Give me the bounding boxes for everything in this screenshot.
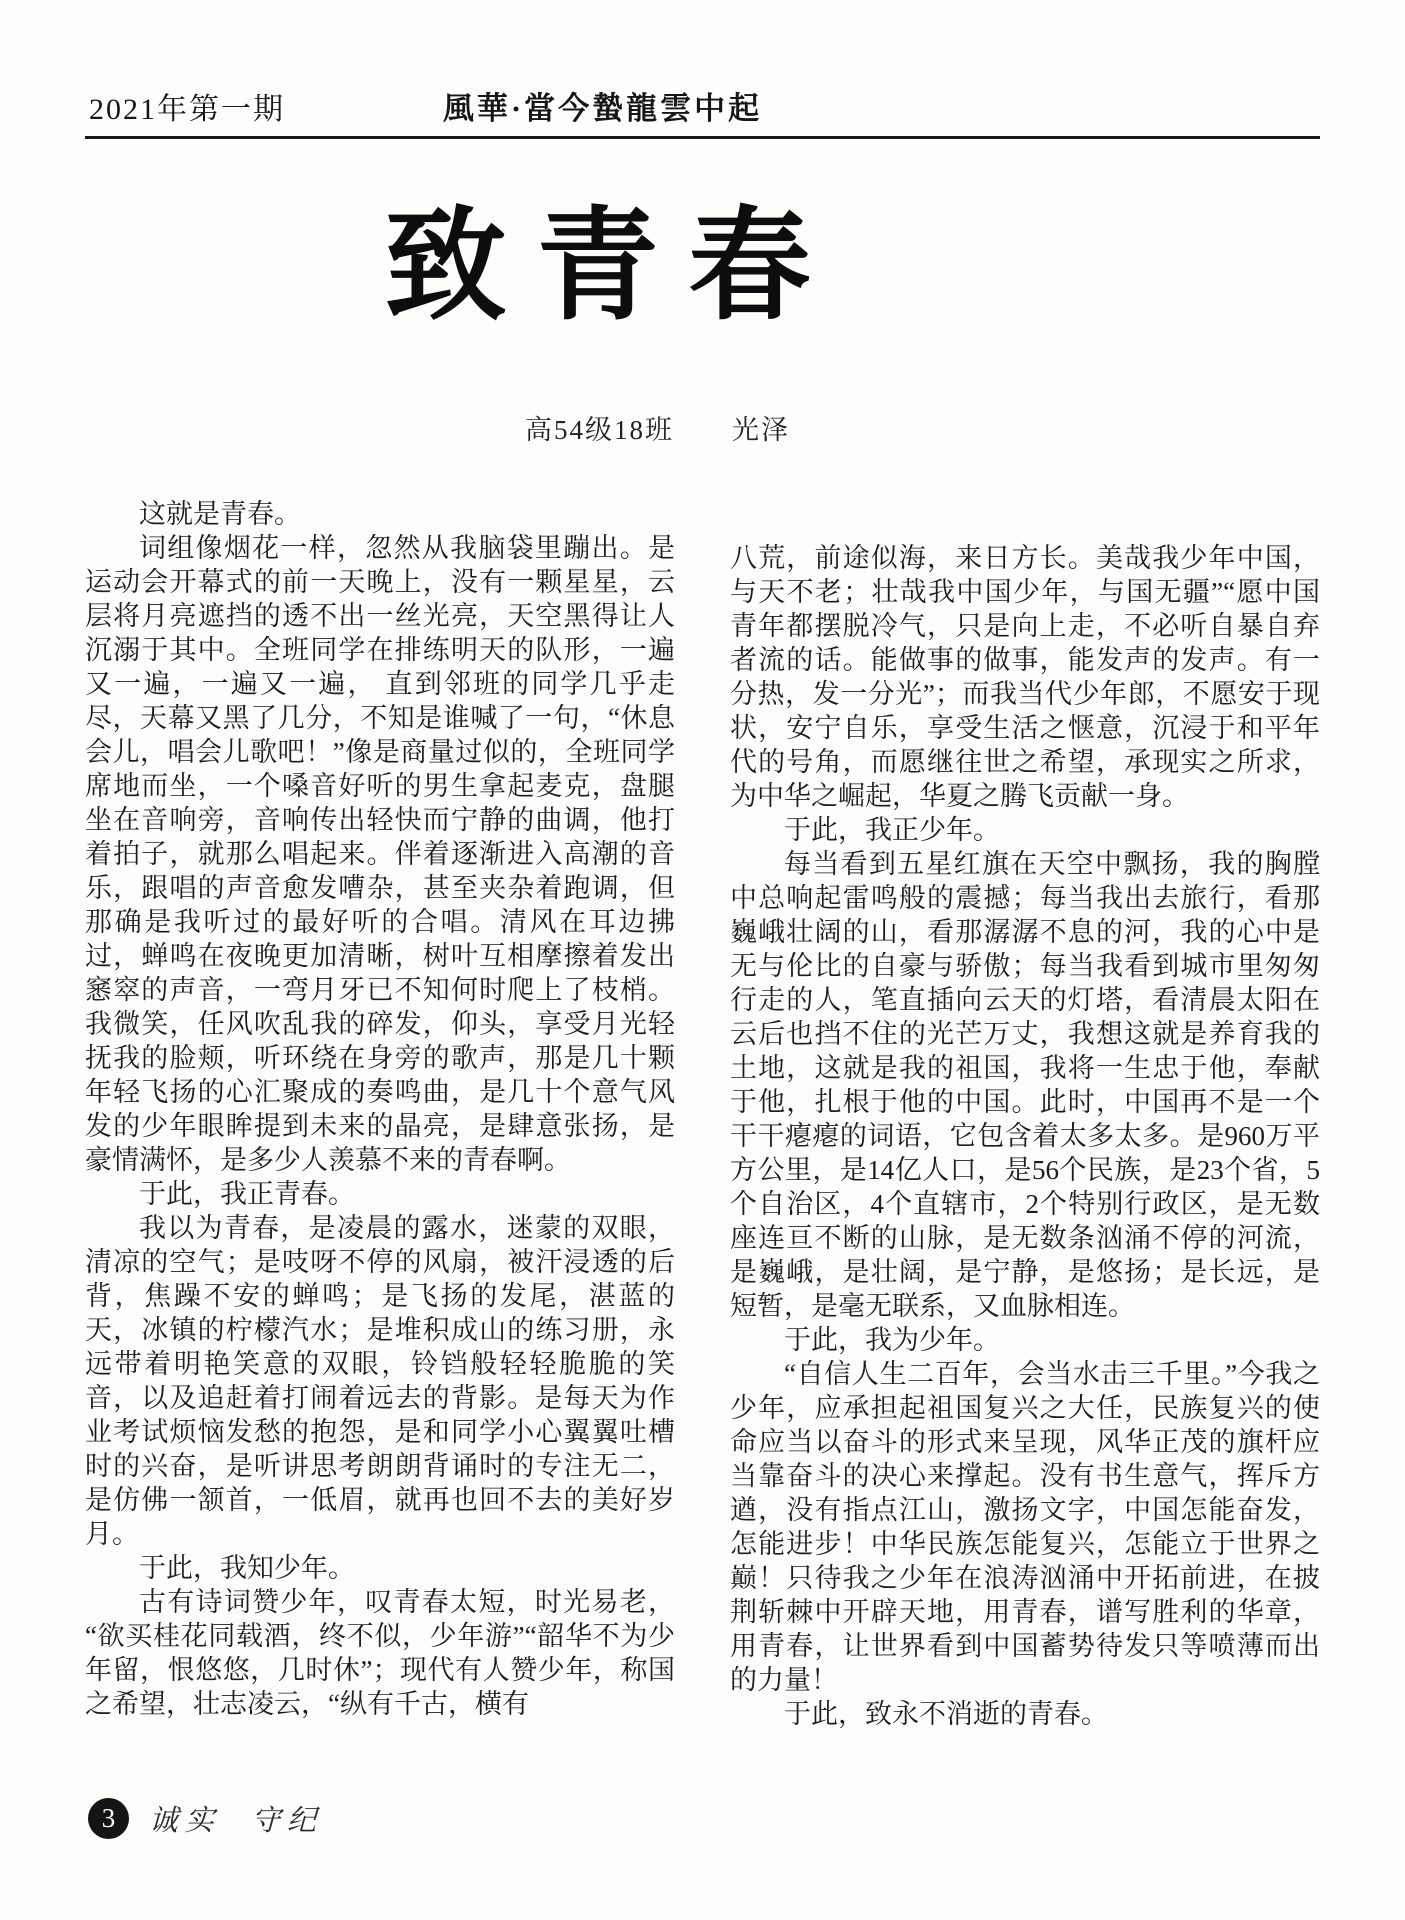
magazine-page: 2021年第一期 風華·當今蟄龍雲中起 致青春 高54级18班 光泽 这就是青春… [0,0,1405,1920]
paragraph: 于此，我为少年。 [730,1323,1320,1357]
column-left: 这就是青春。 词组像烟花一样，忽然从我脑袋里蹦出。是运动会开幕式的前一天晚上，没… [85,497,675,1731]
page-number-badge: 3 [88,1798,129,1839]
column-right: 八荒，前途似海，来日方长。美哉我少年中国，与天不老；壮哉我中国少年，与国无疆”“… [730,541,1320,1731]
paragraph: 这就是青春。 [85,497,675,531]
paragraph: 我以为青春，是凌晨的露水，迷蒙的双眼，清凉的空气；是吱呀不停的风扇，被汗浸透的后… [85,1211,675,1551]
paragraph: 词组像烟花一样，忽然从我脑袋里蹦出。是运动会开幕式的前一天晚上，没有一颗星星，云… [85,531,675,1177]
body-columns: 这就是青春。 词组像烟花一样，忽然从我脑袋里蹦出。是运动会开幕式的前一天晚上，没… [85,497,1320,1731]
article-title: 致青春 [0,168,1315,343]
paragraph: 于此，致永不消逝的青春。 [730,1697,1320,1731]
journal-title: 風華·當今蟄龍雲中起 [0,83,1220,128]
paragraph: 于此，我正少年。 [730,813,1320,847]
paragraph: 古有诗词赞少年，叹青春太短，时光易老，“欲买桂花同载酒，终不似，少年游”“韶华不… [85,1585,675,1721]
paragraph-continuation: 八荒，前途似海，来日方长。美哉我少年中国，与天不老；壮哉我中国少年，与国无疆”“… [730,541,1320,813]
page-header: 2021年第一期 風華·當今蟄龍雲中起 [85,92,1320,139]
paragraph: 于此，我正青春。 [85,1177,675,1211]
paragraph: 每当看到五星红旗在天空中飘扬，我的胸膛中总响起雷鸣般的震撼；每当我出去旅行，看那… [730,847,1320,1323]
footer-motto: 诚实 守纪 [148,1798,324,1839]
article-byline: 高54级18班 光泽 [0,408,1360,447]
paragraph: 于此，我知少年。 [85,1551,675,1585]
paragraph: “自信人生二百年，会当水击三千里。”今我之少年，应承担起祖国复兴之大任，民族复兴… [730,1357,1320,1697]
page-footer: 3 诚实 守纪 [88,1798,323,1839]
